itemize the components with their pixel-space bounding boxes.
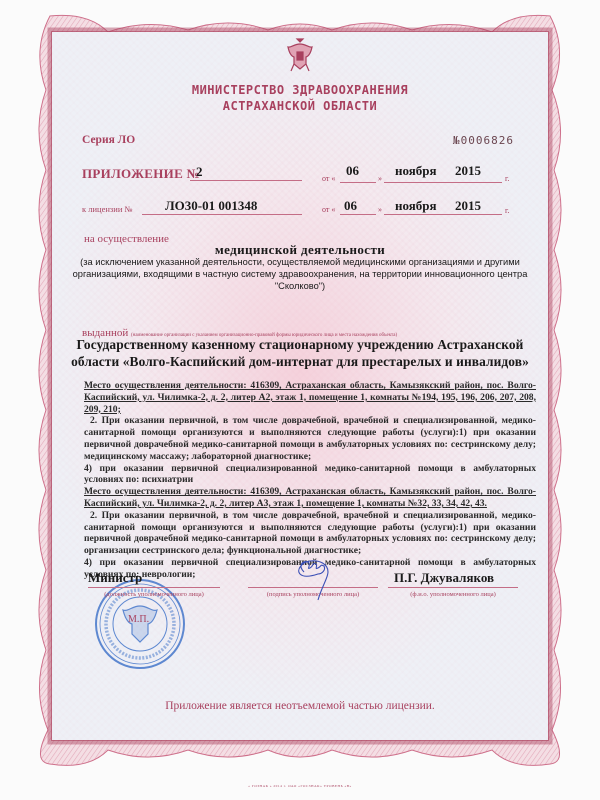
license-year-suffix: г. xyxy=(505,206,509,215)
license-month: ноября xyxy=(395,198,437,214)
license-body: Место осуществления деятельности: 416309… xyxy=(84,380,536,581)
printer-imprint: « ГОЗНАК » 2014 г. ОАО «ГОСЗНАК» УРОВЕНЬ… xyxy=(0,784,600,788)
activity-exclusion: (за исключением указанной деятельности, … xyxy=(70,256,530,292)
section2-place: Место осуществления деятельности: 416309… xyxy=(84,486,536,510)
name-caption: (ф.и.о. уполномоченного лица) xyxy=(388,591,518,598)
position-caption: (должность уполномоченного лица) xyxy=(88,591,220,598)
organization-name: Государственному казенному стационарному… xyxy=(70,336,530,370)
series-label: Серия ЛО xyxy=(82,134,135,146)
appendix-number-line xyxy=(190,180,302,181)
form-number: №0006826 xyxy=(453,134,514,147)
license-label: к лицензии № xyxy=(82,204,133,214)
appendix-from-close: » xyxy=(378,174,382,183)
appendix-number: 2 xyxy=(196,164,203,180)
seal-placeholder-label: М.П. xyxy=(128,614,149,625)
ministry-title-line2: АСТРАХАНСКОЙ ОБЛАСТИ xyxy=(0,98,600,114)
section1-item2: 2. При оказании первичной, в том числе д… xyxy=(84,415,536,462)
appendix-year-suffix: г. xyxy=(505,174,509,183)
section1-item4: 4) при оказании первичной специализирова… xyxy=(84,463,536,487)
license-number-line xyxy=(142,214,302,215)
footer-note: Приложение является неотъемлемой частью … xyxy=(0,700,600,712)
appendix-from-label: от « xyxy=(322,174,335,183)
name-line xyxy=(388,587,518,588)
license-month-line xyxy=(384,214,502,215)
license-from-label: от « xyxy=(322,205,335,214)
section2-item2: 2. При оказании первичной, в том числе д… xyxy=(84,510,536,557)
license-day: 06 xyxy=(344,198,357,214)
section1-place: Место осуществления деятельности: 416309… xyxy=(84,380,536,415)
appendix-month: ноября xyxy=(395,163,437,179)
license-year: 2015 xyxy=(455,198,481,214)
license-number: ЛО30-01 001348 xyxy=(165,198,257,214)
ministry-title-line1: МИНИСТЕРСТВО ЗДРАВООХРАНЕНИЯ xyxy=(0,82,600,98)
appendix-month-line xyxy=(384,182,502,183)
appendix-label: ПРИЛОЖЕНИЕ № xyxy=(82,166,200,182)
appendix-day: 06 xyxy=(346,163,359,179)
appendix-day-line xyxy=(340,182,376,183)
signer-name: П.Г. Джуваляков xyxy=(394,570,494,586)
handwritten-signature-icon xyxy=(290,556,334,616)
coat-of-arms-icon xyxy=(285,38,315,74)
license-from-close: » xyxy=(378,205,382,214)
position-line xyxy=(88,587,220,588)
license-day-line xyxy=(340,214,376,215)
signer-position: Министр xyxy=(88,570,142,586)
appendix-year: 2015 xyxy=(455,163,481,179)
